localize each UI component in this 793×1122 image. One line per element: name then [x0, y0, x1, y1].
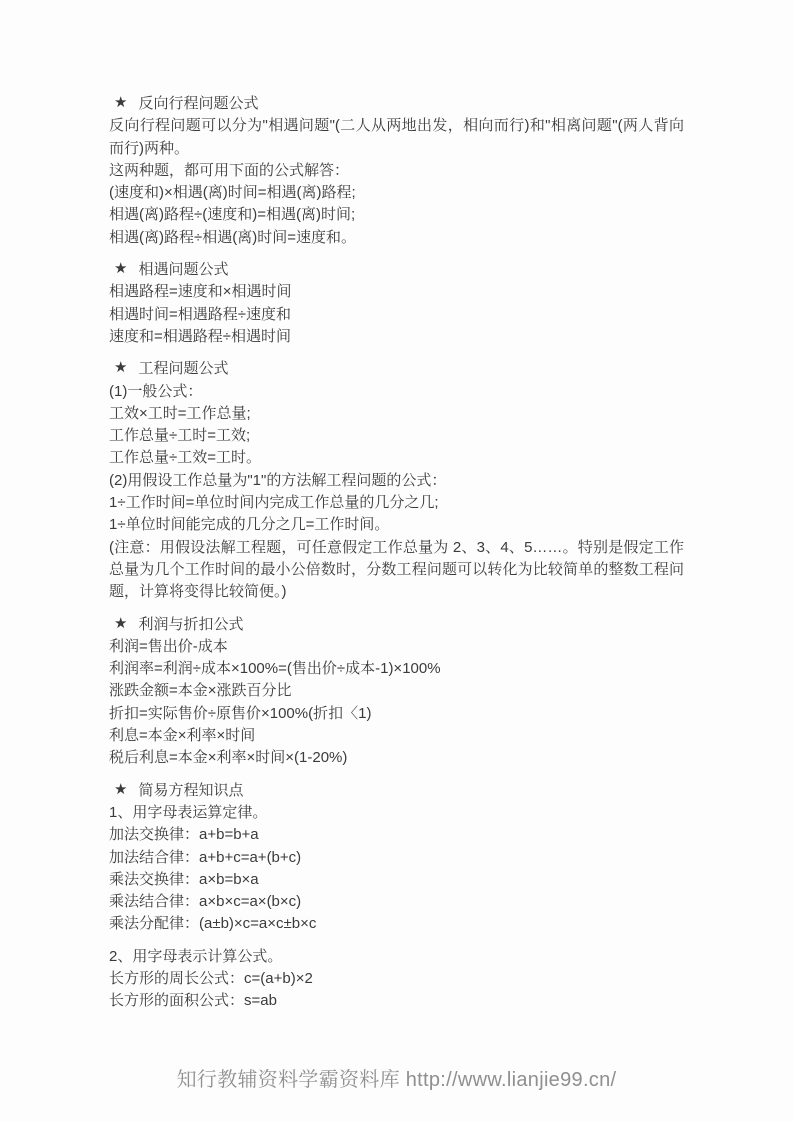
- formula-section: 2、用字母表示计算公式。长方形的周长公式：c=(a+b)×2长方形的面积公式：s…: [109, 946, 684, 1013]
- section-title: 反向行程问题公式: [138, 95, 258, 112]
- formula-section: ★简易方程知识点1、用字母表运算定律。加法交换律：a+b=b+a加法结合律：a+…: [109, 780, 684, 936]
- star-icon: ★: [114, 779, 127, 801]
- formula-line: 加法结合律：a+b+c=a+(b+c): [109, 847, 684, 869]
- formula-line: 相遇时间=相遇路程÷速度和: [109, 304, 684, 326]
- formula-line: 1、用字母表运算定律。: [109, 802, 684, 824]
- formula-section: ★利润与折扣公式利润=售出价-成本利润率=利润÷成本×100%=(售出价÷成本-…: [109, 614, 684, 770]
- document-body: ★反向行程问题公式反向行程问题可以分为"相遇问题"(二人从两地出发，相向而行)和…: [109, 0, 684, 1013]
- section-heading: ★利润与折扣公式: [109, 614, 684, 636]
- formula-line: (1)一般公式：: [109, 381, 684, 403]
- formula-line: 乘法结合律：a×b×c=a×(b×c): [109, 891, 684, 913]
- star-icon: ★: [114, 258, 127, 280]
- formula-line: 涨跌金额=本金×涨跌百分比: [109, 680, 684, 702]
- formula-line: 相遇(离)路程÷(速度和)=相遇(离)时间;: [109, 204, 684, 226]
- formula-line: 利润率=利润÷成本×100%=(售出价÷成本-1)×100%: [109, 658, 684, 680]
- paragraph: 反向行程问题可以分为"相遇问题"(二人从两地出发，相向而行)和"相离问题"(两人…: [109, 115, 684, 160]
- formula-line: 长方形的周长公式：c=(a+b)×2: [109, 968, 684, 990]
- section-title: 利润与折扣公式: [138, 616, 243, 633]
- section-heading: ★简易方程知识点: [109, 780, 684, 802]
- formula-line: 长方形的面积公式：s=ab: [109, 990, 684, 1012]
- site-footer: 知行教辅资料学霸资料库 http://www.lianjie99.cn/: [0, 1063, 793, 1092]
- formula-line: 相遇路程=速度和×相遇时间: [109, 281, 684, 303]
- star-icon: ★: [114, 357, 127, 379]
- formula-line: 加法交换律：a+b=b+a: [109, 824, 684, 846]
- formula-line: 1÷单位时间能完成的几分之几=工作时间。: [109, 514, 684, 536]
- formula-line: (速度和)×相遇(离)时间=相遇(离)路程;: [109, 182, 684, 204]
- section-heading: ★相遇问题公式: [109, 259, 684, 281]
- paragraph: (注意：用假设法解工程题，可任意假定工作总量为 2、3、4、5……。特别是假定工…: [109, 537, 684, 604]
- page-root: { "page": { "background": "#fdfdfd", "te…: [0, 0, 793, 1122]
- formula-line: 相遇(离)路程÷相遇(离)时间=速度和。: [109, 227, 684, 249]
- formula-line: 工作总量÷工效=工时。: [109, 447, 684, 469]
- formula-line: 利润=售出价-成本: [109, 636, 684, 658]
- formula-line: 乘法分配律：(a±b)×c=a×c±b×c: [109, 913, 684, 935]
- formula-line: 工作总量÷工时=工效;: [109, 425, 684, 447]
- star-icon: ★: [114, 92, 127, 114]
- formula-section: ★反向行程问题公式反向行程问题可以分为"相遇问题"(二人从两地出发，相向而行)和…: [109, 93, 684, 249]
- formula-line: 工效×工时=工作总量;: [109, 403, 684, 425]
- section-title: 相遇问题公式: [138, 261, 228, 278]
- section-heading: ★工程问题公式: [109, 358, 684, 380]
- formula-line: 折扣=实际售价÷原售价×100%(折扣〈1): [109, 703, 684, 725]
- formula-line: 税后利息=本金×利率×时间×(1-20%): [109, 747, 684, 769]
- footer-text: 知行教辅资料学霸资料库 http://www.lianjie99.cn/: [177, 1069, 617, 1091]
- section-title: 工程问题公式: [138, 360, 228, 377]
- formula-line: 1÷工作时间=单位时间内完成工作总量的几分之几;: [109, 492, 684, 514]
- formula-line: 这两种题，都可用下面的公式解答：: [109, 160, 684, 182]
- formula-line: (2)用假设工作总量为"1"的方法解工程问题的公式：: [109, 470, 684, 492]
- section-title: 简易方程知识点: [138, 782, 243, 799]
- section-heading: ★反向行程问题公式: [109, 93, 684, 115]
- star-icon: ★: [114, 613, 127, 635]
- formula-section: ★工程问题公式(1)一般公式：工效×工时=工作总量;工作总量÷工时=工效;工作总…: [109, 358, 684, 603]
- formula-section: ★相遇问题公式相遇路程=速度和×相遇时间相遇时间=相遇路程÷速度和速度和=相遇路…: [109, 259, 684, 348]
- formula-line: 2、用字母表示计算公式。: [109, 946, 684, 968]
- formula-line: 乘法交换律：a×b=b×a: [109, 869, 684, 891]
- formula-line: 速度和=相遇路程÷相遇时间: [109, 326, 684, 348]
- formula-line: 利息=本金×利率×时间: [109, 725, 684, 747]
